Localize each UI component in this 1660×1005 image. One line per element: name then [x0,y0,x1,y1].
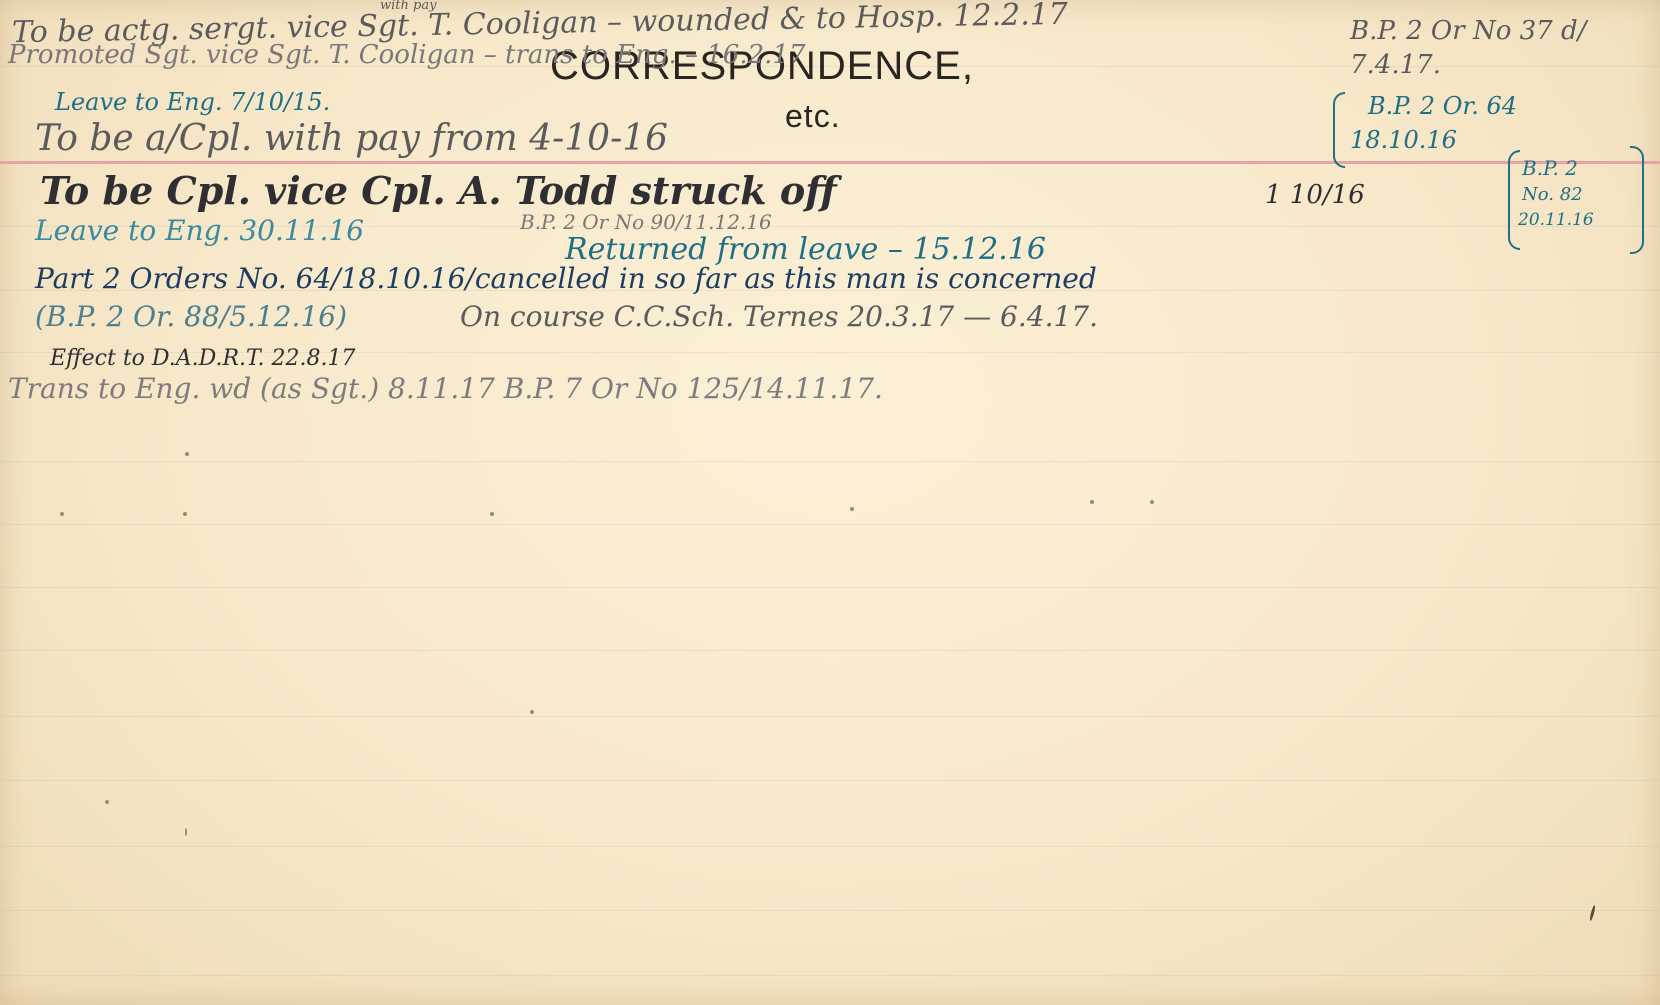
entry-corporal: To be Cpl. vice Cpl. A. Todd struck off [40,168,837,213]
entry-corporal-ref-2: No. 82 [1522,184,1583,205]
entry-course: On course C.C.Sch. Ternes 20.3.17 — 6.4.… [460,300,1098,333]
paper-speck [183,512,187,516]
entry-effect: Effect to D.A.D.R.T. 22.8.17 [50,346,355,371]
ruled-line [0,975,1660,976]
ruled-line [0,780,1660,781]
bracket-right [1630,146,1644,254]
paper-speck [105,800,109,804]
ruled-line [0,650,1660,651]
paper-speck [185,452,189,456]
ruled-line [0,587,1660,588]
entry-transfer-england: Trans to Eng. wd (as Sgt.) 8.11.17 B.P. … [8,372,883,405]
entry-corporal-ref-3: 20.11.16 [1518,210,1594,230]
record-card: CORRESPONDENCE, etc. with pay To be actg… [0,0,1660,1005]
paper-mark [1589,905,1596,921]
ruled-line [0,524,1660,525]
ruled-line [0,716,1660,717]
entry-corporal-ref-1: B.P. 2 [1522,156,1578,180]
paper-speck [185,828,187,836]
paper-speck [530,710,534,714]
entry-acting-corporal-ref-2: 18.10.16 [1350,126,1457,154]
paper-speck [1150,500,1154,504]
entry-promoted-sergeant: Promoted Sgt. vice Sgt. T. Cooligan – tr… [8,40,806,70]
paper-speck [60,512,64,516]
bracket-left [1508,150,1520,250]
entry-acting-corporal: To be a/Cpl. with pay from 4-10-16 [35,118,668,159]
entry-promotion-ref: B.P. 2 Or No 37 d/ 7.4.17. [1350,14,1650,82]
entry-leave-1916-ref: B.P. 2 Or No 90/11.12.16 [520,210,772,234]
entry-orders-ref: (B.P. 2 Or. 88/5.12.16) [35,300,347,333]
bracket-left [1333,92,1345,168]
entry-corporal-date: 1 10/16 [1265,180,1365,210]
ruled-line [0,461,1660,462]
entry-leave-1916: Leave to Eng. 30.11.16 [35,214,364,247]
ruled-line [0,846,1660,847]
entry-leave-1915: Leave to Eng. 7/10/15. [55,88,330,116]
paper-speck [1090,500,1094,504]
paper-speck [490,512,494,516]
paper-speck [850,507,854,511]
entry-orders-cancelled: Part 2 Orders No. 64/18.10.16/cancelled … [35,262,1097,295]
ruled-line [0,910,1660,911]
header-subtitle: etc. [785,98,841,135]
entry-acting-corporal-ref-1: B.P. 2 Or. 64 [1368,92,1517,120]
red-margin-rule [0,161,1660,164]
